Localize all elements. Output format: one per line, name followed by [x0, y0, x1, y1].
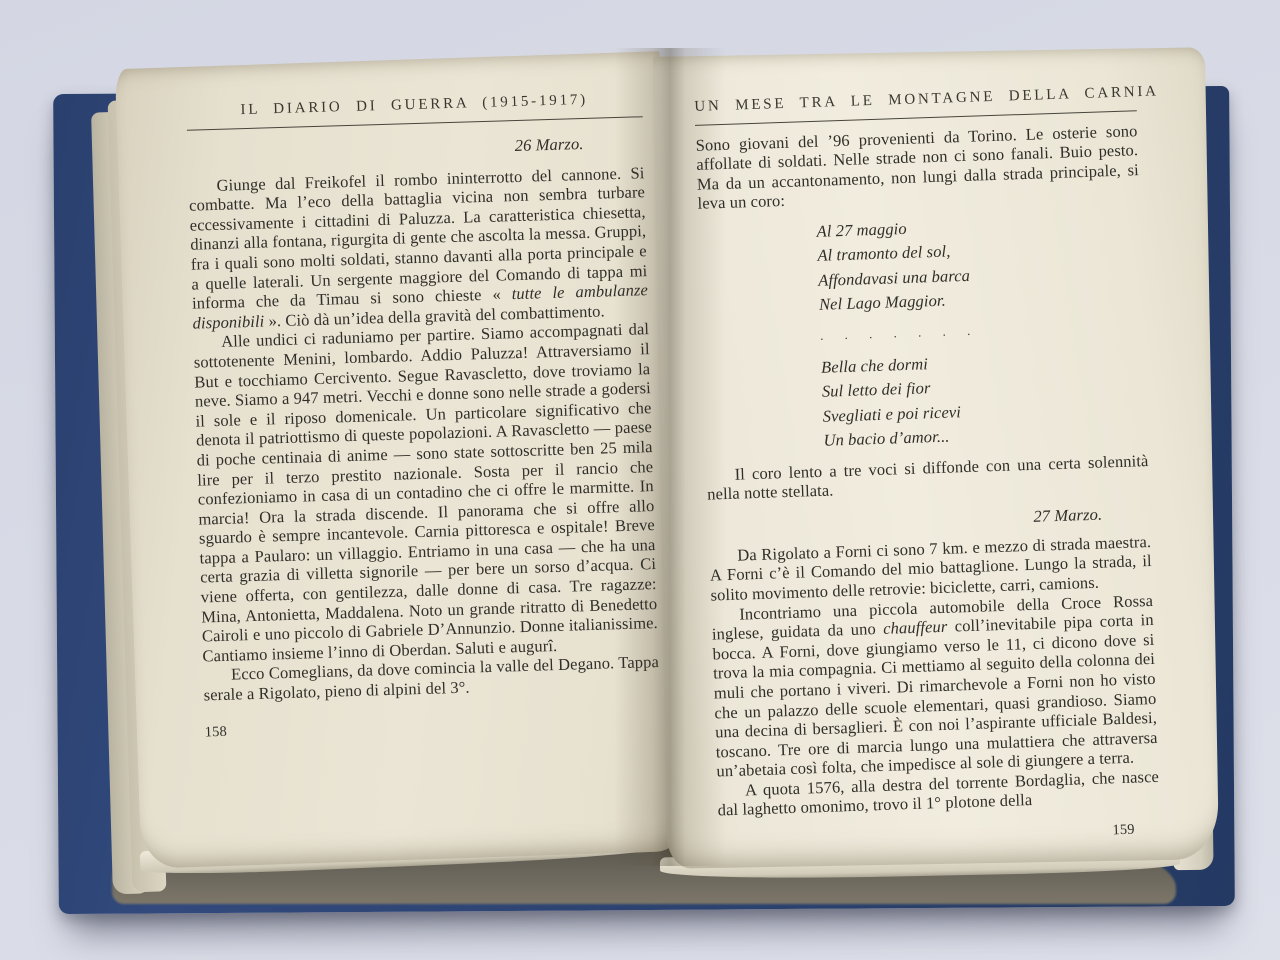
- italic-word: chauffeur: [883, 617, 948, 638]
- left-paragraph-2: Alle undici ci raduniamo per partire. Si…: [193, 319, 659, 665]
- song-stanza-1: Al 27 maggio Al tramonto del sol, Affond…: [816, 209, 1143, 318]
- stanza-separator-dots: . . . . . . .: [820, 315, 1144, 345]
- right-page-text: UN MESE TRA LE MONTAGNE DELLA CARNIA Son…: [694, 83, 1161, 854]
- right-paragraph-2: Il coro lento a tre voci si diffonde con…: [706, 451, 1149, 505]
- photo-of-open-book: IL DIARIO DI GUERRA (1915-1917) 26 Marzo…: [0, 0, 1280, 960]
- date-heading-26-marzo: 26 Marzo.: [187, 127, 644, 171]
- left-paragraph-1: Giunge dal Freikofel il rombo ininterrot…: [188, 163, 648, 333]
- right-paragraph-4: Incontriamo una piccola automobile della…: [711, 590, 1159, 781]
- right-paragraph-1: Sono giovani del ’96 provenienti da Tori…: [695, 121, 1139, 214]
- left-page-text: IL DIARIO DI GUERRA (1915-1917) 26 Marzo…: [186, 89, 661, 742]
- song-stanza-2: Bella che dormi Sul letto dei fior Svegl…: [821, 345, 1148, 454]
